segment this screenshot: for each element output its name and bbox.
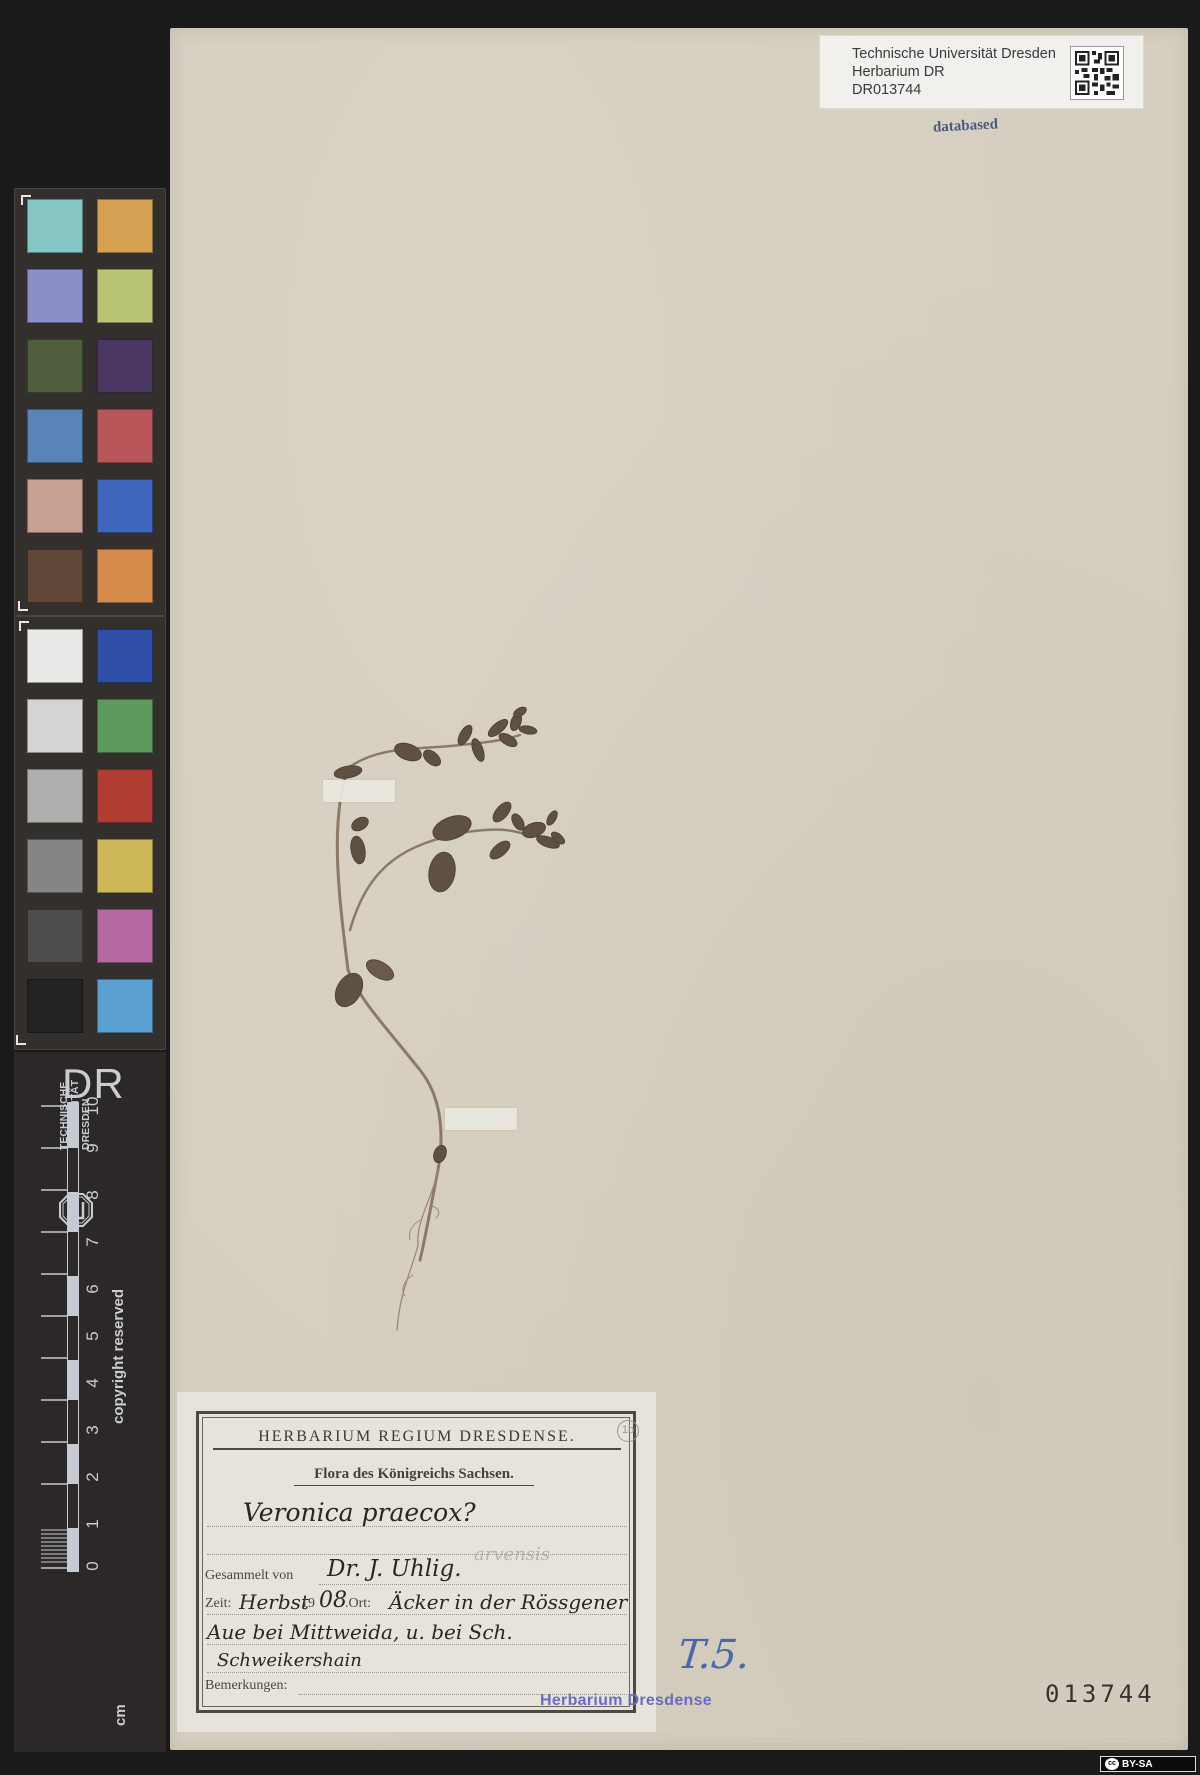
color-swatch bbox=[27, 409, 83, 463]
color-swatch bbox=[97, 839, 153, 893]
locality-line-3: Schweikershain bbox=[217, 1650, 362, 1671]
dotted-line bbox=[207, 1526, 627, 1527]
color-swatch bbox=[27, 979, 83, 1033]
dotted-line bbox=[207, 1614, 627, 1615]
ruler-tick-7: 7 bbox=[83, 1232, 103, 1252]
remarks-label: Bemerkungen: bbox=[205, 1678, 287, 1694]
color-swatch bbox=[27, 629, 83, 683]
color-swatch bbox=[97, 199, 153, 253]
color-swatch bbox=[27, 269, 83, 323]
mounting-tape bbox=[323, 780, 395, 802]
specimen-label: HERBARIUM REGIUM DRESDENSE. 1b Flora des… bbox=[177, 1392, 656, 1732]
color-swatch bbox=[27, 339, 83, 393]
license-text: BY-SA bbox=[1122, 1759, 1153, 1770]
color-swatch bbox=[97, 909, 153, 963]
color-swatch bbox=[97, 979, 153, 1033]
color-swatch bbox=[27, 199, 83, 253]
databased-stamp: databased bbox=[933, 116, 999, 136]
dotted-line bbox=[207, 1644, 627, 1645]
ruler-tick-3: 3 bbox=[83, 1420, 103, 1440]
mounting-tape bbox=[445, 1108, 517, 1130]
label-title: HERBARIUM REGIUM DRESDENSE. bbox=[213, 1428, 621, 1450]
pencil-annotation-t5: T.5. bbox=[676, 1632, 753, 1678]
label-subtitle: Flora des Königreichs Sachsen. bbox=[294, 1466, 534, 1486]
color-swatch bbox=[97, 269, 153, 323]
place-label: .Ort: bbox=[345, 1596, 371, 1612]
collector-label: Gesammelt von bbox=[205, 1568, 293, 1584]
catalog-number: 013744 bbox=[1045, 1680, 1156, 1708]
circle-annotation: 1b bbox=[617, 1420, 639, 1442]
dotted-line bbox=[207, 1554, 627, 1555]
centimeter-scale-bar bbox=[41, 1102, 81, 1572]
creative-commons-icon: cc bbox=[1105, 1758, 1119, 1770]
color-swatch bbox=[97, 769, 153, 823]
ruler-tick-1: 1 bbox=[83, 1514, 103, 1534]
ruler-tick-8: 8 bbox=[83, 1185, 103, 1205]
locality-line-1: Äcker in der Rössgener bbox=[389, 1590, 627, 1614]
license-badge[interactable]: cc BY-SA bbox=[1100, 1756, 1196, 1772]
ruler-tick-2: 2 bbox=[83, 1467, 103, 1487]
specimen-barcode: DR013744 bbox=[852, 82, 921, 99]
color-swatch bbox=[97, 629, 153, 683]
color-swatch bbox=[97, 339, 153, 393]
color-swatch bbox=[97, 699, 153, 753]
species-name: Veronica praecox? bbox=[243, 1498, 476, 1527]
herbarium-name: Herbarium DR bbox=[852, 64, 945, 81]
color-swatch bbox=[27, 909, 83, 963]
color-swatch bbox=[27, 769, 83, 823]
color-chart-block-1 bbox=[14, 188, 166, 616]
ruler-tick-5: 5 bbox=[83, 1326, 103, 1346]
institution-name: Technische Universität Dresden bbox=[852, 46, 1056, 63]
qr-code-icon bbox=[1070, 46, 1124, 100]
color-swatch bbox=[27, 839, 83, 893]
barcode-label: Technische Universität Dresden Herbarium… bbox=[819, 35, 1144, 109]
unit-label: cm bbox=[112, 1704, 129, 1726]
locality-line-2: Aue bei Mittweida, u. bei Sch. bbox=[207, 1620, 513, 1644]
color-swatch bbox=[97, 549, 153, 603]
time-label: Zeit: bbox=[205, 1596, 231, 1612]
ruler-tick-6: 6 bbox=[83, 1279, 103, 1299]
ruler-tick-4: 4 bbox=[83, 1373, 103, 1393]
label-frame: HERBARIUM REGIUM DRESDENSE. 1b Flora des… bbox=[196, 1411, 636, 1713]
color-calibration-chart bbox=[14, 188, 166, 1050]
collector-name: Dr. J. Uhlig. bbox=[327, 1556, 462, 1582]
scale-ruler-panel: DR TECHNISCHE UNIVERSITÄT DRESDEN bbox=[14, 1052, 166, 1752]
dotted-line bbox=[319, 1584, 627, 1585]
color-swatch bbox=[27, 699, 83, 753]
corner-mark-icon bbox=[16, 1035, 26, 1045]
ruler-tick-9: 9 bbox=[83, 1138, 103, 1158]
dotted-line bbox=[207, 1672, 627, 1673]
color-swatch bbox=[97, 409, 153, 463]
copyright-notice: copyright reserved bbox=[110, 1289, 127, 1424]
ruler-tick-10: 10 bbox=[83, 1093, 103, 1119]
color-swatch bbox=[27, 479, 83, 533]
color-swatch bbox=[97, 479, 153, 533]
ruler-tick-0: 0 bbox=[83, 1556, 103, 1576]
season-value: Herbst bbox=[239, 1590, 309, 1614]
color-chart-block-2 bbox=[14, 616, 166, 1050]
year-suffix: 08 bbox=[319, 1588, 347, 1613]
color-swatch bbox=[27, 549, 83, 603]
herbarium-dresdense-stamp: Herbarium Dresdense bbox=[540, 1692, 712, 1710]
year-prefix: 19 bbox=[301, 1596, 315, 1612]
